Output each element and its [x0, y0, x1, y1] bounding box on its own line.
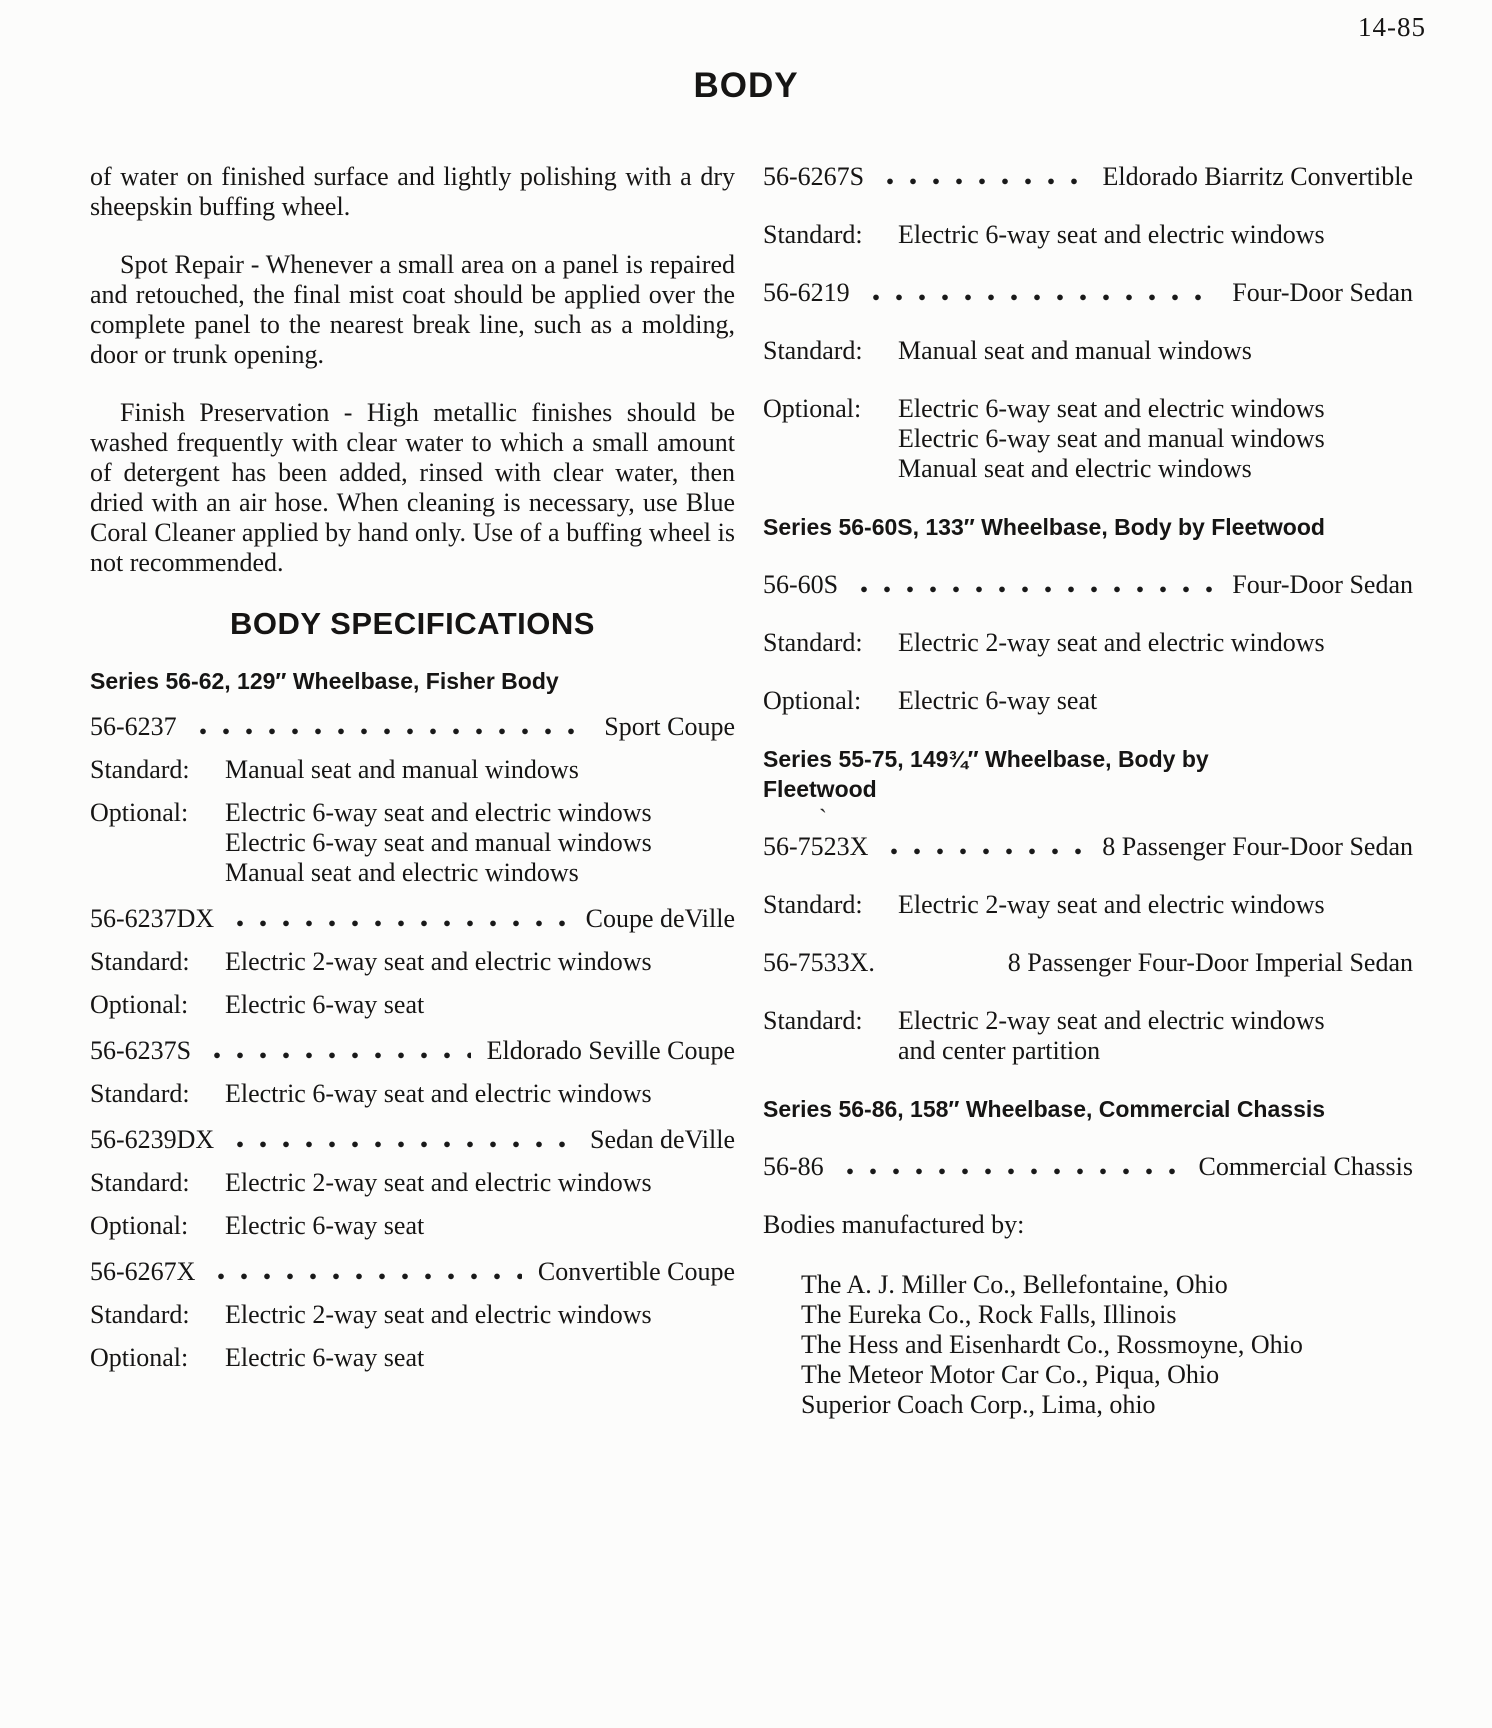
spec-text: Electric 2-way seat and electric windows…: [898, 1006, 1413, 1066]
model-name: Convertible Coupe: [538, 1257, 735, 1287]
spec-row-standard: Standard: Electric 2-way seat and electr…: [90, 947, 735, 977]
model-name: Sedan deVille: [590, 1125, 735, 1155]
leader-dots: [870, 294, 1217, 301]
left-column: of water on finished surface and lightly…: [90, 162, 735, 1420]
spec-row-standard: Standard: Manual seat and manual windows: [763, 336, 1413, 366]
leader-dots: [858, 586, 1216, 593]
spec-label: Standard:: [90, 947, 225, 977]
spec-label: Standard:: [763, 1006, 898, 1036]
manufacturer-item: The A. J. Miller Co., Bellefontaine, Ohi…: [801, 1270, 1413, 1300]
model-row-56-6239DX: 56-6239DX Sedan deVille: [90, 1125, 735, 1155]
paragraph-spot-repair: Spot Repair - Whenever a small area on a…: [90, 250, 735, 370]
model-code: 56-86: [763, 1152, 824, 1182]
spec-text: Electric 6-way seat: [225, 1343, 735, 1373]
spec-row-optional: Optional: Electric 6-way seat: [90, 990, 735, 1020]
manufacturer-item: The Hess and Eisenhardt Co., Rossmoyne, …: [801, 1330, 1413, 1360]
model-row-56-7533X: 56-7533X. 8 Passenger Four-Door Imperial…: [763, 948, 1413, 978]
spec-label: Optional:: [90, 1343, 225, 1373]
model-name: Sport Coupe: [604, 712, 735, 742]
series-heading-56-62: Series 56-62, 129″ Wheelbase, Fisher Bod…: [90, 666, 735, 696]
model-code: 56-60S: [763, 570, 838, 600]
model-row-56-6237: 56-6237 Sport Coupe: [90, 712, 735, 742]
spec-label: Standard:: [763, 220, 898, 250]
manufacturer-item: The Meteor Motor Car Co., Piqua, Ohio: [801, 1360, 1413, 1390]
model-code: 56-6219: [763, 278, 850, 308]
model-name: 8 Passenger Four-Door Imperial Sedan: [1008, 948, 1413, 978]
spec-row-optional: Optional: Electric 6-way seat: [90, 1211, 735, 1241]
spec-label: Standard:: [90, 1300, 225, 1330]
model-code: 56-6267S: [763, 162, 864, 192]
two-column-layout: of water on finished surface and lightly…: [90, 162, 1492, 1420]
spec-row-standard: Standard: Manual seat and manual windows: [90, 755, 735, 785]
spec-row-standard: Standard: Electric 2-way seat and electr…: [90, 1300, 735, 1330]
series-heading-55-75: Series 55-75, 149¾″ Wheelbase, Body by F…: [763, 744, 1413, 804]
spec-text: Electric 6-way seat: [898, 686, 1413, 716]
spec-text: Electric 6-way seat and electric windows…: [225, 798, 735, 888]
manufacturer-list: The A. J. Miller Co., Bellefontaine, Ohi…: [801, 1270, 1413, 1420]
spec-row-optional: Optional: Electric 6-way seat: [90, 1343, 735, 1373]
spec-row-standard: Standard: Electric 2-way seat and electr…: [763, 890, 1413, 920]
leader-dots: [888, 848, 1086, 855]
model-code: 56-6237DX: [90, 904, 214, 934]
model-row-56-6267S: 56-6267S Eldorado Biarritz Convertible: [763, 162, 1413, 192]
spec-row-standard: Standard: Electric 6-way seat and electr…: [90, 1079, 735, 1109]
model-row-56-60S: 56-60S Four-Door Sedan: [763, 570, 1413, 600]
spec-text: Electric 6-way seat: [225, 990, 735, 1020]
spec-row-standard: Standard: Electric 6-way seat and electr…: [763, 220, 1413, 250]
page-title: BODY: [0, 66, 1492, 106]
spec-label: Standard:: [90, 1079, 225, 1109]
model-code: 56-7523X: [763, 832, 868, 862]
leader-spacer: [895, 964, 992, 971]
spec-row-optional: Optional: Electric 6-way seat: [763, 686, 1413, 716]
page-number: 14-85: [1358, 12, 1426, 42]
model-name: Commercial Chassis: [1199, 1152, 1413, 1182]
model-code: 56-6267X: [90, 1257, 195, 1287]
manufacturer-item: Superior Coach Corp., Lima, ohio: [801, 1390, 1413, 1420]
spec-text: Electric 6-way seat and electric windows…: [898, 394, 1413, 484]
spec-text: Manual seat and manual windows: [225, 755, 735, 785]
spec-label: Optional:: [90, 798, 225, 828]
model-code: 56-6237S: [90, 1036, 191, 1066]
paragraph-finish-preservation: Finish Preservation - High metallic fini…: [90, 398, 735, 578]
spec-text: Electric 2-way seat and electric windows: [898, 628, 1413, 658]
leader-dots: [234, 1141, 574, 1148]
spec-label: Standard:: [90, 1168, 225, 1198]
model-name: Eldorado Seville Coupe: [487, 1036, 735, 1066]
spec-row-standard: Standard: Electric 2-way seat and electr…: [763, 628, 1413, 658]
model-name: Eldorado Biarritz Convertible: [1103, 162, 1413, 192]
model-name: Four-Door Sedan: [1232, 570, 1413, 600]
spec-label: Standard:: [763, 890, 898, 920]
spec-text: Electric 6-way seat and electric windows: [225, 1079, 735, 1109]
spec-text: Electric 2-way seat and electric windows: [225, 1168, 735, 1198]
model-row-56-86: 56-86 Commercial Chassis: [763, 1152, 1413, 1182]
series-heading-56-60S: Series 56-60S, 133″ Wheelbase, Body by F…: [763, 512, 1413, 542]
spec-label: Standard:: [763, 336, 898, 366]
spec-label: Optional:: [763, 394, 898, 424]
body-specifications-heading: BODY SPECIFICATIONS: [90, 606, 735, 642]
spec-label: Standard:: [763, 628, 898, 658]
right-column: 56-6267S Eldorado Biarritz Convertible S…: [763, 162, 1413, 1420]
spec-row-optional: Optional: Electric 6-way seat and electr…: [763, 394, 1413, 484]
model-name: Four-Door Sedan: [1232, 278, 1413, 308]
leader-dots: [211, 1052, 470, 1059]
leader-dots: [197, 728, 589, 735]
leader-dots: [884, 178, 1086, 185]
spec-text: Manual seat and manual windows: [898, 336, 1413, 366]
model-name: Coupe deVille: [586, 904, 735, 934]
spec-text: Electric 2-way seat and electric windows: [225, 947, 735, 977]
model-code: 56-6239DX: [90, 1125, 214, 1155]
scan-speck-artifact: `: [819, 804, 827, 834]
spec-row-standard: Standard: Electric 2-way seat and electr…: [763, 1006, 1413, 1066]
leader-dots: [844, 1168, 1183, 1175]
leader-dots: [234, 920, 569, 927]
spec-text: Electric 6-way seat and electric windows: [898, 220, 1413, 250]
model-row-56-7523X: ` 56-7523X 8 Passenger Four-Door Sedan: [763, 832, 1413, 862]
model-row-56-6237DX: 56-6237DX Coupe deVille: [90, 904, 735, 934]
spec-text: Electric 2-way seat and electric windows: [898, 890, 1413, 920]
manufacturer-item: The Eureka Co., Rock Falls, Illinois: [801, 1300, 1413, 1330]
bodies-manufactured-label: Bodies manufactured by:: [763, 1210, 1413, 1240]
model-code: 56-7533X.: [763, 948, 875, 978]
model-row-56-6267X: 56-6267X Convertible Coupe: [90, 1257, 735, 1287]
series-heading-56-86: Series 56-86, 158″ Wheelbase, Commercial…: [763, 1094, 1413, 1124]
spec-row-standard: Standard: Electric 2-way seat and electr…: [90, 1168, 735, 1198]
spec-text: Electric 2-way seat and electric windows: [225, 1300, 735, 1330]
spec-text: Electric 6-way seat: [225, 1211, 735, 1241]
paragraph-buffing-wheel: of water on finished surface and lightly…: [90, 162, 735, 222]
leader-dots: [215, 1273, 521, 1280]
spec-label: Standard:: [90, 755, 225, 785]
model-row-56-6237S: 56-6237S Eldorado Seville Coupe: [90, 1036, 735, 1066]
spec-label: Optional:: [90, 1211, 225, 1241]
model-code: 56-6237: [90, 712, 177, 742]
spec-label: Optional:: [763, 686, 898, 716]
spec-label: Optional:: [90, 990, 225, 1020]
manual-page: { "page": { "number": "14-85", "title": …: [0, 0, 1492, 1728]
model-name: 8 Passenger Four-Door Sedan: [1102, 832, 1413, 862]
model-row-56-6219: 56-6219 Four-Door Sedan: [763, 278, 1413, 308]
spec-row-optional: Optional: Electric 6-way seat and electr…: [90, 798, 735, 888]
